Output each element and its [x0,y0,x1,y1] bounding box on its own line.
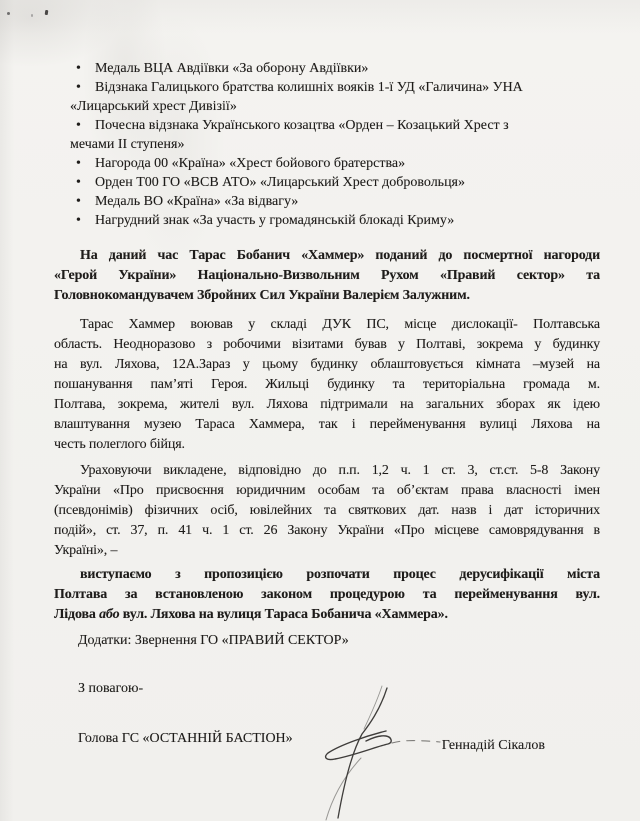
text-line: На даний час Тарас Бобанич «Хаммер» пода… [54,246,600,266]
text-line: України «Про присвоєння юридичним особам… [54,481,600,501]
text-line: Полтава, зокрема, жителі вул. Ляхова під… [54,395,600,415]
paragraph-proposal: виступаємо з пропозицією розпочати проце… [54,565,600,625]
bullet-icon: • [70,78,95,97]
text-line: на вул. Ляхова, 12А.Зараз у цьому будинк… [54,355,600,375]
text-line: Україні», – [54,541,600,561]
award-text: Нагорода 00 «Країна» «Хрест бойового бра… [95,156,405,171]
letter-body: •Медаль ВЦА Авдіївки «За оборону Авдіївк… [54,0,600,749]
bullet-icon: • [70,154,95,173]
award-text: Нагрудний знак «За участь у громадянські… [95,213,454,228]
text-line: Головнокомандувачем Збройних Сил України… [54,286,600,306]
text-line: виступаємо з пропозицією розпочати проце… [54,565,600,585]
text-segment-italic: або [99,607,119,622]
awards-bullet-list: •Медаль ВЦА Авдіївки «За оборону Авдіївк… [54,59,600,230]
text-line: пошанування пам’яті Героя. Жильці будинк… [54,375,600,395]
attachments-line: Додатки: Звернення ГО «ПРАВИЙ СЕКТОР» [54,631,600,651]
text-line: влаштування музею Тараса Хаммера, так і … [54,415,600,435]
scan-speck [45,10,49,15]
text-line: честь полеглого бійця. [54,435,600,455]
text-line: «Герой України» Національно-Визвольним Р… [54,266,600,286]
scanned-letter-page: •Медаль ВЦА Авдіївки «За оборону Авдіївк… [0,0,640,821]
award-item: •Нагорода 00 «Країна» «Хрест бойового бр… [70,154,600,173]
award-item: •Нагрудний знак «За участь у громадянськ… [70,211,600,230]
award-text: Медаль ВЦА Авдіївки «За оборону Авдіївки… [95,61,368,76]
bullet-icon: • [70,59,95,78]
paragraph-legal-basis: Ураховуючи викладене, відповідно до п.п.… [54,461,600,561]
award-text: Відзнака Галицького братства колишніх во… [70,80,523,114]
award-text: Почесна відзнака Українського козацтва «… [70,118,509,152]
award-item: •Почесна відзнака Українського козацтва … [70,116,600,154]
award-item: •Орден Т00 ГО «ВСВ АТО» «Лицарський Хрес… [70,173,600,192]
bullet-icon: • [70,211,95,230]
closing-line: З повагою- [54,679,600,699]
text-line: подій», ст. 37, п. 41 ч. 1 ст. 26 Закону… [54,521,600,541]
award-item: •Медаль ВО «Країна» «За відвагу» [70,192,600,211]
award-text: Орден Т00 ГО «ВСВ АТО» «Лицарський Хрест… [95,175,465,190]
text-line: Тарас Хаммер воював у складі ДУК ПС, міс… [54,315,600,335]
text-line: (псевдонімів) фізичних осіб, ювілейних т… [54,501,600,521]
award-text: Медаль ВО «Країна» «За відвагу» [95,194,298,209]
bullet-icon: • [70,116,95,135]
bullet-icon: • [70,192,95,211]
text-line: Лідова або вул. Ляхова на вулиця Тараса … [54,605,600,625]
signer-row: Голова ГС «ОСТАННІЙ БАСТІОН» Геннадій Сі… [54,729,600,749]
scan-speck [7,12,10,15]
text-segment: Лідова [54,607,99,622]
award-item: •Медаль ВЦА Авдіївки «За оборону Авдіївк… [70,59,600,78]
paragraph-award-nomination: На даний час Тарас Бобанич «Хаммер» пода… [54,246,600,306]
text-segment: вул. Ляхова на вулиця Тараса Бобанича «Х… [119,607,447,622]
award-item: •Відзнака Галицького братства колишніх в… [70,78,600,116]
paragraph-background: Тарас Хаммер воював у складі ДУК ПС, міс… [54,315,600,455]
scan-speck [31,14,33,17]
bullet-icon: • [70,173,95,192]
signer-title: Голова ГС «ОСТАННІЙ БАСТІОН» [78,729,293,749]
signer-name: Геннадій Сікалов [442,736,545,756]
text-line: Полтава за встановленою законом процедур… [54,585,600,605]
text-line: область. Неодноразово з робочими візитам… [54,335,600,355]
text-line: Ураховуючи викладене, відповідно до п.п.… [54,461,600,481]
